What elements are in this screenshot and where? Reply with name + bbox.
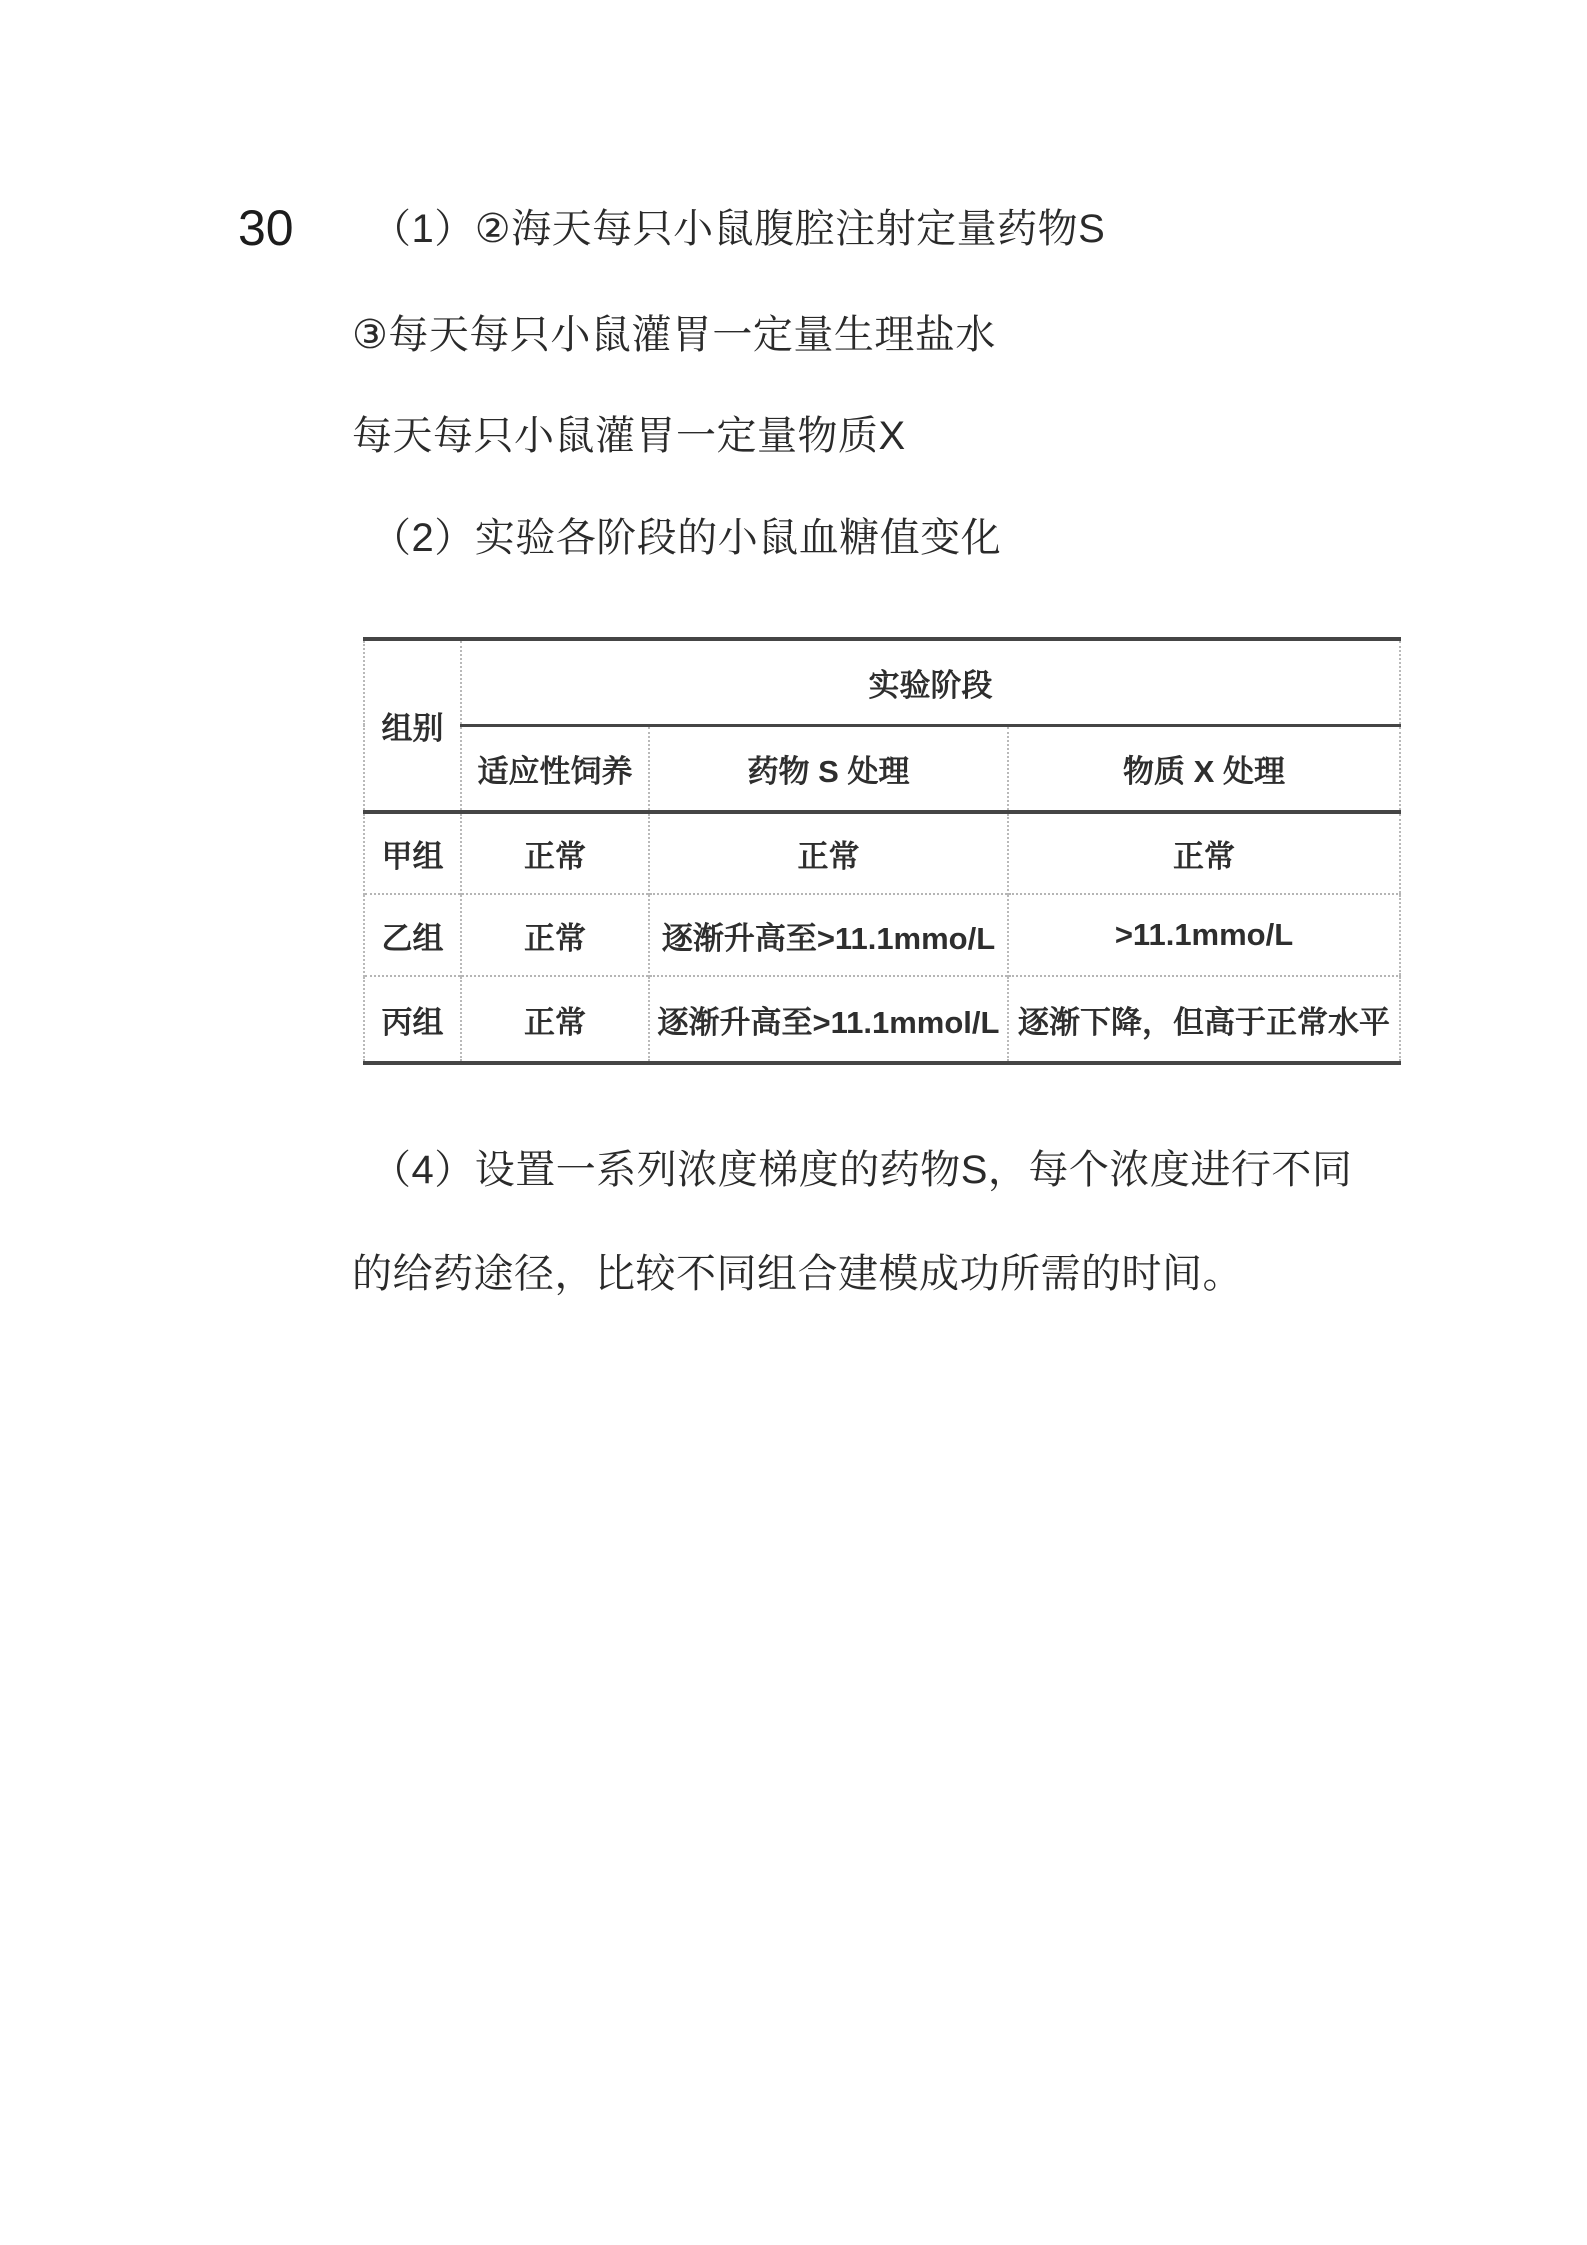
answer-line-3: 每天每只小鼠灌胃一定量物质X — [352, 414, 906, 458]
table-corner-header-group: 组别 — [364, 639, 461, 812]
document-page: 30 （1）②海天每只小鼠腹腔注射定量药物S ③每天每只小鼠灌胃一定量生理盐水 … — [0, 0, 1587, 2245]
table-cell-row1-col3: >11.1mmo/L — [1008, 894, 1400, 976]
answer-line-2: ③每天每只小鼠灌胃一定量生理盐水 — [352, 313, 996, 357]
table-cell-row2-col1: 正常 — [461, 976, 649, 1063]
answer-line-4: （2）实验各阶段的小鼠血糖值变化 — [371, 516, 1001, 560]
table-cell-row2-group: 丙组 — [364, 976, 461, 1063]
table-cell-row1-group: 乙组 — [364, 894, 461, 976]
table-row-group-bing: 丙组 正常 逐渐升高至>11.1mmol/L 逐渐下降，但高于正常水平 — [364, 976, 1400, 1063]
table-subheader-drug-s-treatment: 药物 S 处理 — [649, 725, 1008, 812]
table-cell-row0-group: 甲组 — [364, 812, 461, 894]
table-row-group-yi: 乙组 正常 逐渐升高至>11.1mmo/L >11.1mmo/L — [364, 894, 1400, 976]
blood-glucose-results-table: 组别 实验阶段 适应性饲养 药物 S 处理 物质 X 处理 甲组 正常 正常 正… — [363, 637, 1401, 1065]
answer-line-1: （1）②海天每只小鼠腹腔注射定量药物S — [371, 207, 1105, 251]
answer-line-6: 的给药途径，比较不同组合建模成功所需的时间。 — [352, 1252, 1243, 1296]
table-header-row-sub: 适应性饲养 药物 S 处理 物质 X 处理 — [364, 725, 1400, 812]
table-row-group-jia: 甲组 正常 正常 正常 — [364, 812, 1400, 894]
answer-line-5: （4）设置一系列浓度梯度的药物S，每个浓度进行不同 — [371, 1148, 1352, 1192]
question-number: 30 — [238, 203, 294, 253]
table-cell-row0-col1: 正常 — [461, 812, 649, 894]
table-header-row-top: 组别 实验阶段 — [364, 639, 1400, 725]
scan-content: 30 （1）②海天每只小鼠腹腔注射定量药物S ③每天每只小鼠灌胃一定量生理盐水 … — [0, 0, 1587, 2245]
table-cell-row2-col3: 逐渐下降，但高于正常水平 — [1008, 976, 1400, 1063]
table-cell-row2-col2: 逐渐升高至>11.1mmol/L — [649, 976, 1008, 1063]
table-cell-row1-col2: 逐渐升高至>11.1mmo/L — [649, 894, 1008, 976]
table-cell-row1-col1: 正常 — [461, 894, 649, 976]
table-cell-row0-col3: 正常 — [1008, 812, 1400, 894]
table-cell-row0-col2: 正常 — [649, 812, 1008, 894]
table-subheader-substance-x-treatment: 物质 X 处理 — [1008, 725, 1400, 812]
table-stage-header: 实验阶段 — [461, 639, 1400, 725]
table-subheader-adaptive-feeding: 适应性饲养 — [461, 725, 649, 812]
